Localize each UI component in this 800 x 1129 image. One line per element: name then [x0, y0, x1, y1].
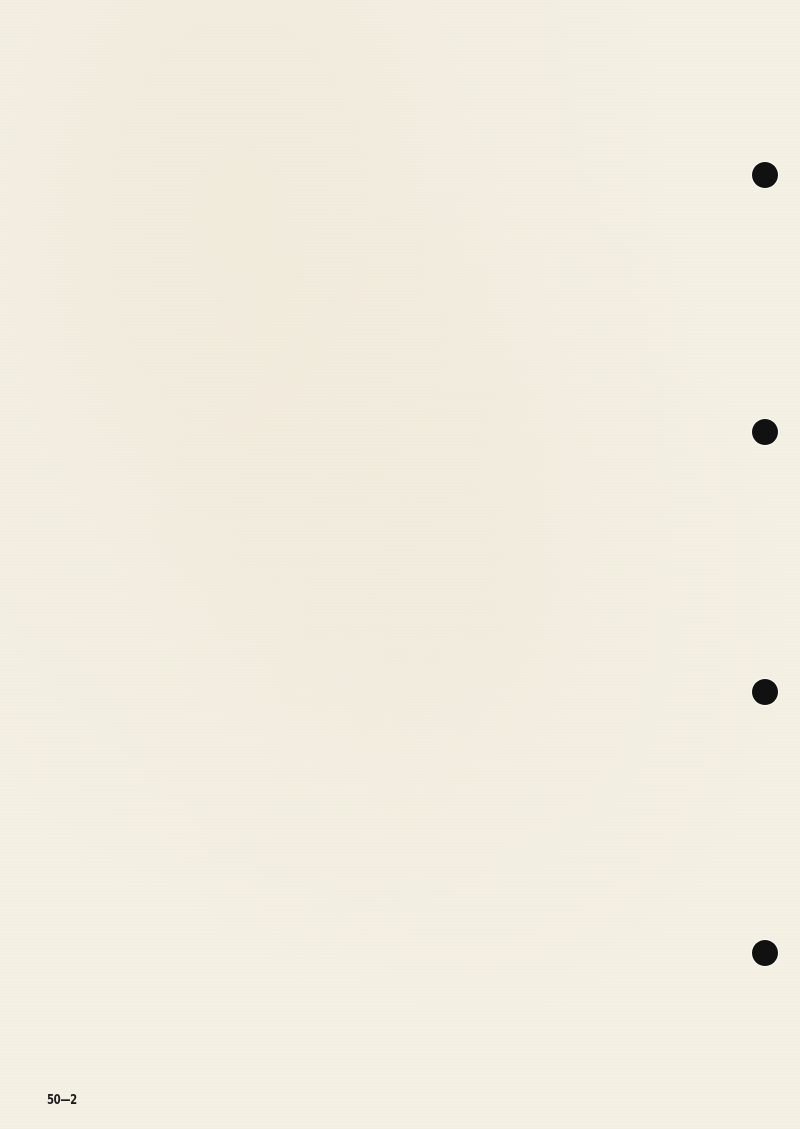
- document-page: 50—2: [0, 0, 800, 1129]
- punch-hole-1: [752, 162, 778, 188]
- punch-hole-4: [752, 940, 778, 966]
- page-number: 50—2: [47, 1093, 77, 1108]
- punch-hole-2: [752, 419, 778, 445]
- punch-hole-3: [752, 679, 778, 705]
